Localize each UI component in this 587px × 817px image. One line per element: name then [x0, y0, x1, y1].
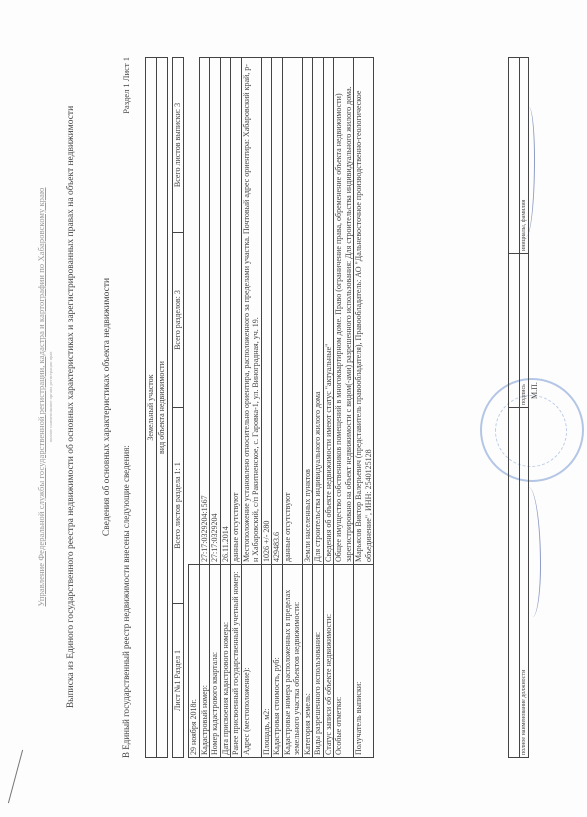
property-details-table: 29 ноября 2018г.Кадастровый номер:27:17:…: [188, 57, 374, 758]
object-type-caption: вид объекта недвижимости: [157, 58, 168, 758]
name-cell: [509, 58, 520, 254]
table-row: Кадастровые номера расположенных в преде…: [282, 58, 302, 758]
signature-caption: подпись: [520, 254, 529, 408]
table-row: Ранее присвоенный государственный учетны…: [231, 58, 242, 758]
section-sheets-count: Всего листов раздела 1: 1: [173, 408, 184, 604]
section-reference: Раздел 1 Лист 1: [121, 57, 131, 114]
scan-edge-mark: [8, 750, 23, 803]
table-row: Виды разрешенного использования:Для стро…: [313, 58, 324, 758]
row-value: Местоположение установлено относительно …: [241, 58, 261, 565]
row-label: Виды разрешенного использования:: [313, 565, 324, 758]
row-value: данные отсутствуют: [231, 58, 242, 565]
sheet-info-table: Лист №1 Раздел 1 Всего листов раздела 1:…: [172, 57, 184, 758]
section-title: Сведения об основных характеристиках объ…: [102, 57, 112, 757]
document-page: Управление Федеральной службы государств…: [0, 0, 587, 817]
row-label: Статус записи об объекте недвижимости:: [323, 565, 334, 758]
row-label: Категория земель:: [302, 565, 313, 758]
extract-sheets-total: Всего листов выписки: 3: [173, 58, 184, 233]
table-row: Адрес (местоположение):Местоположение ус…: [241, 58, 261, 758]
handwritten-initials: [520, 107, 535, 237]
row-value: Сведения об объекте недвижимости имеют с…: [323, 58, 334, 565]
table-row: Получатель выписки:Марьясов Виктор Валер…: [354, 58, 374, 758]
sections-total: Всего разделов: 3: [173, 233, 184, 408]
organization-name: Управление Федеральной службы государств…: [36, 97, 46, 697]
row-value: Марьясов Виктор Валерьевич (представител…: [354, 58, 374, 565]
table-row: Кадастровый номер:27:17:0329204:1567: [199, 58, 210, 758]
row-value: 26.11.2014: [220, 58, 231, 565]
table-row: Особые отметки:Общее имущество собственн…: [334, 58, 354, 758]
row-value: 27:17:0329204: [210, 58, 221, 565]
row-label: Кадастровые номера расположенных в преде…: [282, 565, 302, 758]
row-label: Ранее присвоенный государственный учетны…: [231, 565, 242, 758]
table-row: 29 ноября 2018г.: [189, 58, 200, 758]
row-value: 429483.6: [272, 58, 283, 565]
table-row: Дата присвоения кадастрового номера:26.1…: [220, 58, 231, 758]
position-cell: [509, 408, 520, 758]
object-type-table: Земельный участок вид объекта недвижимос…: [145, 57, 168, 758]
row-value: 1026 +/- 280: [261, 58, 272, 565]
row-label: Кадастровая стоимость, руб:: [272, 565, 283, 758]
section-intro: В Единый государственный реестр недвижим…: [121, 445, 131, 758]
row-label: 29 ноября 2018г.: [189, 565, 200, 758]
organization-caption: полное наименование органа регистрации п…: [48, 97, 53, 697]
handwritten-signature: [520, 487, 541, 617]
row-label: Площадь, м2:: [261, 565, 272, 758]
table-row: Площадь, м2:1026 +/- 280: [261, 58, 272, 758]
table-row: Кадастровая стоимость, руб:429483.6: [272, 58, 283, 758]
row-label: Номер кадастрового квартала:: [210, 565, 221, 758]
table-row: Номер кадастрового квартала:27:17:032920…: [210, 58, 221, 758]
object-type: Земельный участок: [146, 58, 157, 758]
stamp-place-label: М.П.: [530, 382, 539, 399]
table-row: Статус записи об объекте недвижимости:Св…: [323, 58, 334, 758]
signature-cell: [509, 254, 520, 408]
row-label: Дата присвоения кадастрового номера:: [220, 565, 231, 758]
row-value: 27:17:0329204:1567: [199, 58, 210, 565]
row-label: Кадастровый номер:: [199, 565, 210, 758]
row-label: Адрес (местоположение):: [241, 565, 261, 758]
row-value: [189, 58, 200, 565]
official-stamp-inner-ring: [495, 395, 567, 467]
row-value: Общее имущество собственников помещений …: [334, 58, 354, 565]
row-label: Получатель выписки:: [354, 565, 374, 758]
row-value: Земли населенных пунктов: [302, 58, 313, 565]
document-title: Выписка из Единого государственного реес…: [66, 57, 76, 757]
table-row: Категория земель:Земли населенных пункто…: [302, 58, 313, 758]
row-label: Особые отметки:: [334, 565, 354, 758]
row-value: данные отсутствуют: [282, 58, 302, 565]
sheet-number: Лист №1 Раздел 1: [173, 604, 184, 758]
row-value: Для строительства индивидуального жилого…: [313, 58, 324, 565]
